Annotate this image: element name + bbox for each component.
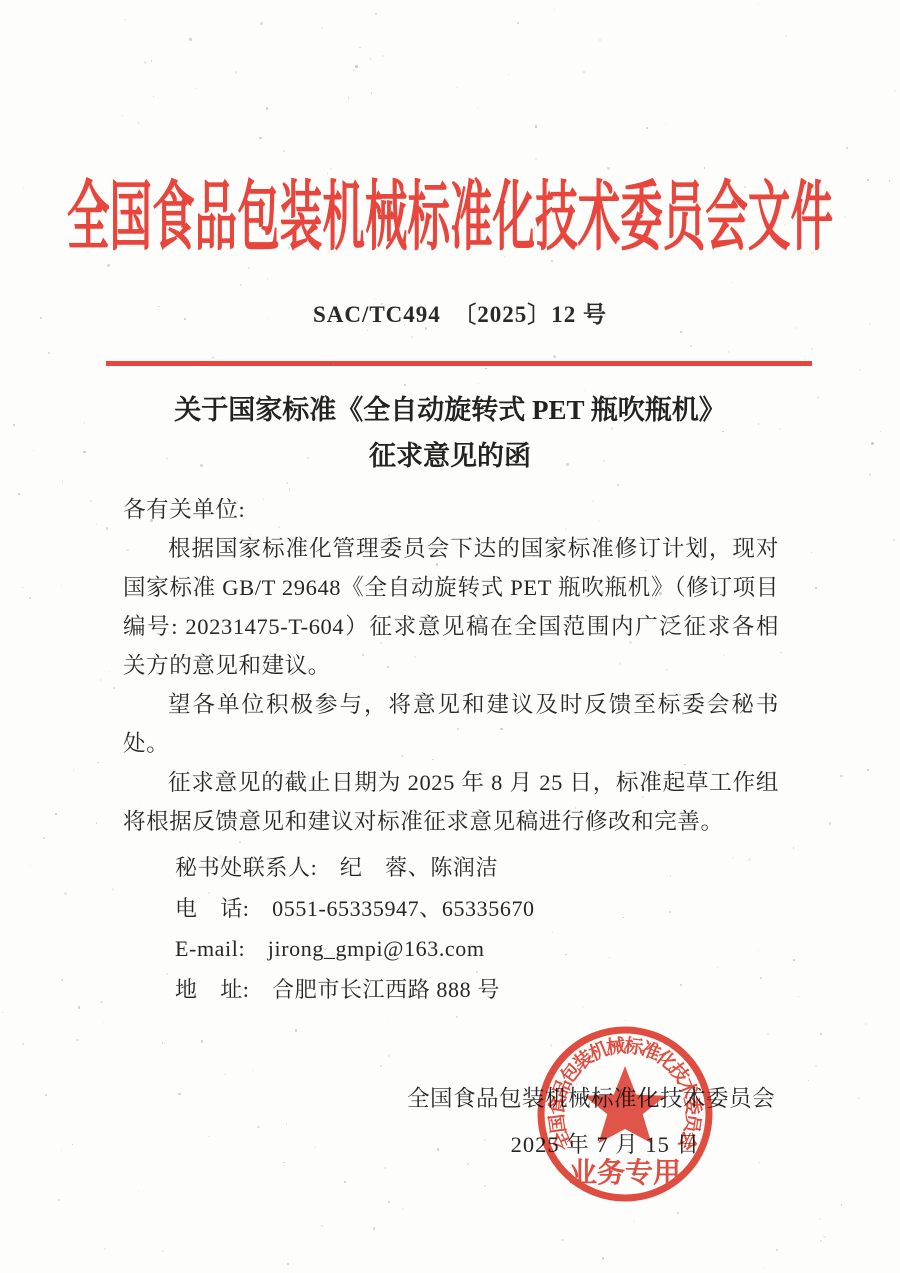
seal-bottom-text: 业务专用: [569, 1156, 681, 1189]
contact-line-secretary: 秘书处联系人: 纪 蓉、陈润洁: [175, 848, 775, 889]
contact-line-email: E-mail: jirong_gmpi@163.com: [175, 929, 775, 970]
letter-title-line2: 征求意见的函: [0, 433, 900, 479]
salutation: 各有关单位:: [123, 490, 779, 529]
letter-title: 关于国家标准《全自动旋转式 PET 瓶吹瓶机》 征求意见的函: [0, 387, 900, 479]
official-seal: 全国食品包装机械标准化技术委员会 业务专用: [530, 1019, 720, 1209]
letter-body: 各有关单位: 根据国家标准化管理委员会下达的国家标准修订计划，现对国家标准 GB…: [123, 490, 779, 841]
document-header-title: 全国食品包装机械标准化技术委员会文件: [198, 160, 702, 260]
body-paragraph: 征求意见的截止日期为 2025 年 8 月 25 日，标准起草工作组将根据反馈意…: [123, 763, 779, 841]
body-paragraph: 望各单位积极参与，将意见和建议及时反馈至标委会秘书处。: [123, 685, 779, 763]
document-page: 全国食品包装机械标准化技术委员会文件 SAC/TC494 〔2025〕12 号 …: [0, 0, 900, 1273]
body-paragraph: 根据国家标准化管理委员会下达的国家标准修订计划，现对国家标准 GB/T 2964…: [123, 529, 779, 685]
red-divider-rule: [106, 361, 812, 366]
doc-number: SAC/TC494 〔2025〕12 号: [0, 296, 900, 329]
contact-line-address: 地 址: 合肥市长江西路 888 号: [175, 970, 775, 1011]
seal-star-icon: [584, 1066, 666, 1143]
contact-line-phone: 电 话: 0551-65335947、65335670: [175, 889, 775, 930]
contact-block: 秘书处联系人: 纪 蓉、陈润洁 电 话: 0551-65335947、65335…: [175, 848, 775, 1010]
letter-title-line1: 关于国家标准《全自动旋转式 PET 瓶吹瓶机》: [0, 387, 900, 433]
